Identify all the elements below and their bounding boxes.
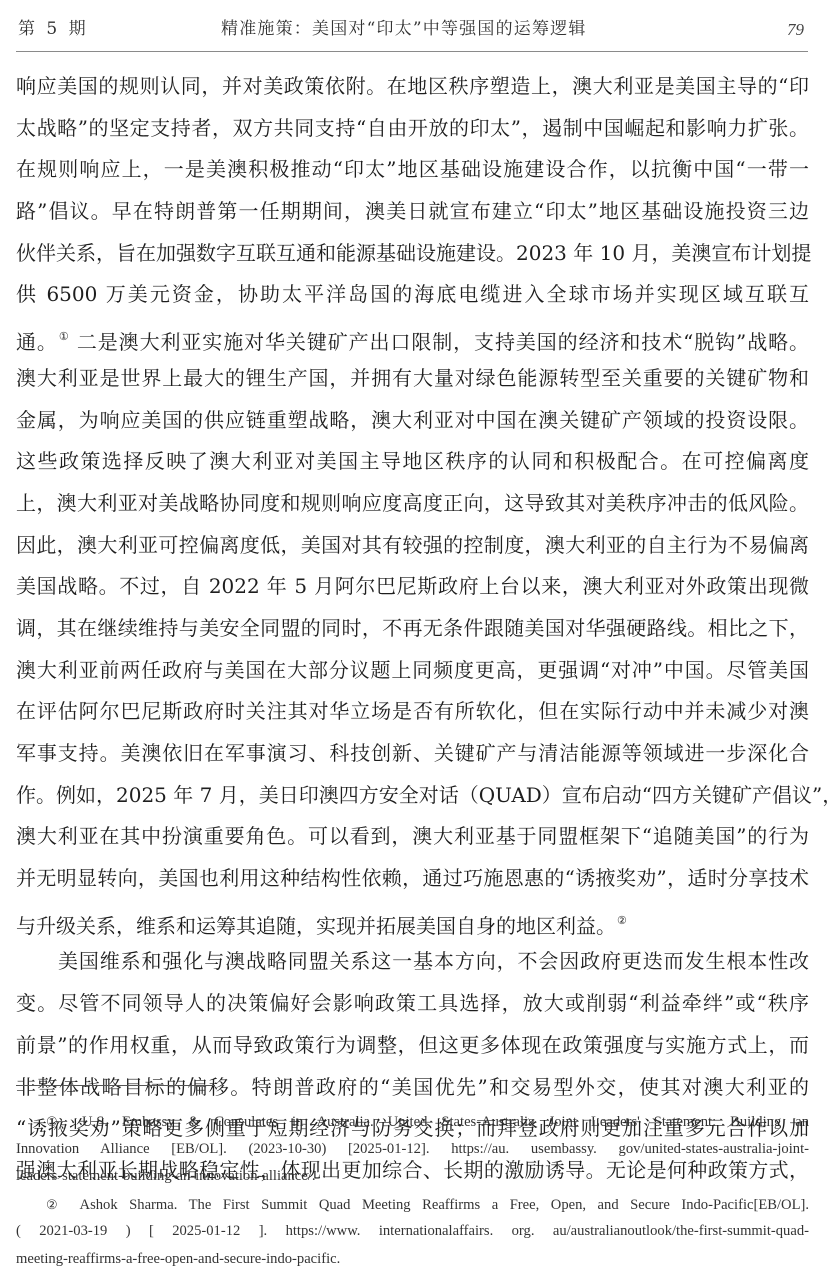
text-segment: 与升级关系，维系和运筹其追随，实现并拓展美国自身的地区利益。: [16, 914, 616, 938]
footnote-text: U.S. Embassy & Consulates in Australia. …: [82, 1114, 809, 1130]
text-line: 响应美国的规则认同，并对美政策依附。在地区秩序塑造上，澳大利亚是美国主导的“印: [16, 66, 809, 108]
footnote-2: ②Ashok Sharma. The First Summit Quad Mee…: [16, 1191, 809, 1219]
text-line: 这些政策选择反映了澳大利亚对美国主导地区秩序的认同和积极配合。在可控偏离度: [16, 441, 809, 483]
text-line: 路”倡议。早在特朗普第一任期期间，澳美日就宣布建立“印太”地区基础设施投资三边: [16, 191, 809, 233]
footnote-mark: ②: [46, 1197, 66, 1212]
text-line: 澳大利亚在其中扮演重要角色。可以看到，澳大利亚基于同盟框架下“追随美国”的行为: [16, 816, 809, 858]
text-line: 太战略”的坚定支持者，双方共同支持“自由开放的印太”，遏制中国崛起和影响力扩张。: [16, 108, 809, 150]
text-line: 军事支持。美澳依旧在军事演习、科技创新、关键矿产与清洁能源等领域进一步深化合: [16, 733, 809, 775]
footnote-line: Innovation Alliance [EB/OL]. (2023-10-30…: [16, 1136, 809, 1164]
body-text: 响应美国的规则认同，并对美政策依附。在地区秩序塑造上，澳大利亚是美国主导的“印 …: [16, 66, 809, 1192]
footnote-ref-1[interactable]: ①: [59, 330, 70, 343]
text-segment: 二是澳大利亚实施对华关键矿产出口限制，支持美国的经济和技术“脱钩”战略。: [77, 330, 809, 354]
issue-number: 第 5 期: [18, 14, 89, 39]
page-number: 79: [787, 20, 804, 40]
text-line: 变。尽管不同领导人的决策偏好会影响政策工具选择，放大或削弱“利益牵绊”或“秩序: [16, 983, 809, 1025]
text-line: 因此，澳大利亚可控偏离度低，美国对其有较强的控制度，澳大利亚的自主行为不易偏离: [16, 525, 809, 567]
text-line: 并无明显转向，美国也利用这种结构性依赖，通过巧施恩惠的“诱掖奖劝”，适时分享技术: [16, 858, 809, 900]
text-line: 非整体战略目标的偏移。特朗普政府的“美国优先”和交易型外交，使其对澳大利亚的: [16, 1067, 809, 1109]
text-line: 与升级关系，维系和运筹其追随，实现并拓展美国自身的地区利益。②: [16, 900, 809, 942]
footnote-ref-2[interactable]: ②: [617, 914, 627, 927]
text-line: 美国战略。不过，自 2022 年 5 月阿尔巴尼斯政府上台以来，澳大利亚对外政策…: [16, 566, 809, 608]
footnote-text: Ashok Sharma. The First Summit Quad Meet…: [80, 1197, 809, 1213]
text-line: 作。例如，2025 年 7 月，美日印澳四方安全对话（QUAD）宣布启动“四方关…: [16, 775, 809, 817]
footnote-1: ①U.S. Embassy & Consulates in Australia.…: [16, 1108, 809, 1136]
text-line: 在评估阿尔巴尼斯政府时关注其对华立场是否有所软化，但在实际行动中并未减少对澳: [16, 691, 809, 733]
text-segment: 通。: [16, 330, 58, 354]
paragraph-start: 美国维系和强化与澳战略同盟关系这一基本方向，不会因政府更迭而发生根本性改: [16, 941, 809, 983]
text-line: 澳大利亚前两任政府与美国在大部分议题上同频度更高，更强调“对冲”中国。尽管美国: [16, 650, 809, 692]
text-line: 供 6500 万美元资金，协助太平洋岛国的海底电缆进入全球市场并实现区域互联互: [16, 274, 809, 316]
footnote-line: meeting-reaffirms-a-free-open-and-secure…: [16, 1246, 809, 1274]
footnote-line: ( 2021-03-19 ) [ 2025-01-12 ]. https://w…: [16, 1218, 809, 1246]
text-line: 通。① 二是澳大利亚实施对华关键矿产出口限制，支持美国的经济和技术“脱钩”战略。: [16, 316, 809, 358]
text-line: 前景”的作用权重，从而导致政策行为调整，但这更多体现在政策强度与实施方式上，而: [16, 1025, 809, 1067]
footnote-line: leaders-statement-building-an-innovation…: [16, 1163, 809, 1191]
running-header: 第 5 期 精准施策：美国对“印太”中等强国的运筹逻辑 79: [16, 0, 808, 52]
text-line: 金属，为响应美国的供应链重塑战略，澳大利亚对中国在澳关键矿产领域的投资设限。: [16, 400, 809, 442]
text-line: 澳大利亚是世界上最大的锂生产国，并拥有大量对绿色能源转型至关重要的关键矿物和: [16, 358, 809, 400]
text-line: 调，其在继续维持与美安全同盟的同时，不再无条件跟随美国对华强硬路线。相比之下，: [16, 608, 809, 650]
text-line: 伙伴关系，旨在加强数字互联互通和能源基础设施建设。2023 年 10 月，美澳宣…: [16, 233, 809, 275]
text-line: 在规则响应上，一是美澳积极推动“印太”地区基础设施建设合作，以抗衡中国“一带一: [16, 149, 809, 191]
footnotes: ①U.S. Embassy & Consulates in Australia.…: [16, 1108, 809, 1273]
running-title: 精准施策：美国对“印太”中等强国的运筹逻辑: [221, 14, 587, 39]
footnote-divider: [16, 1085, 215, 1086]
footnote-mark: ①: [46, 1114, 68, 1129]
text-line: 上，澳大利亚对美战略协同度和规则响应度高度正向，这导致其对美秩序冲击的低风险。: [16, 483, 809, 525]
